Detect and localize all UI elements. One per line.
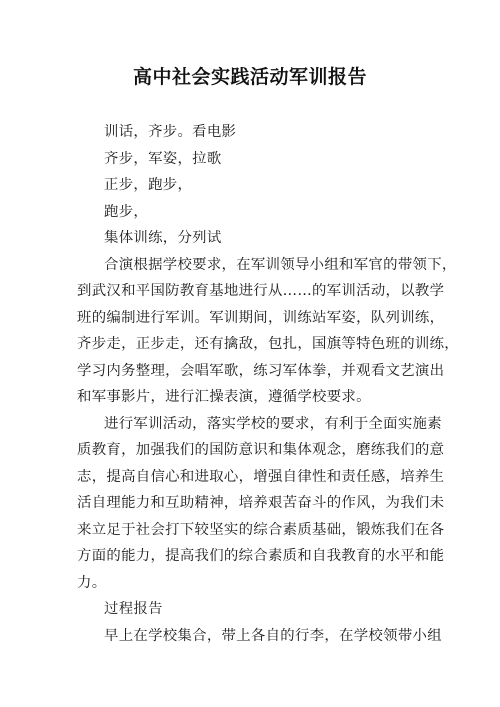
body-line: 来立足于社会打下较坚实的综合素质基础，锻炼我们在各 [77,517,427,544]
body-line: 齐步走，正步走，还有擒敌，包扎，国旗等特色班的训练， [77,331,427,358]
document-body: 训话，齐步。看电影 齐步，军姿，拉歌 正步，跑步， 跑步， 集体训练，分列试 合… [77,119,427,649]
body-line: 力。 [77,570,427,597]
body-line: 到武汉和平国防教育基地进行从……的军训活动，以教学 [77,278,427,305]
body-line: 活自理能力和互助精神，培养艰苦奋斗的作风，为我们未 [77,490,427,517]
section-heading: 过程报告 [77,596,427,623]
body-line: 方面的能力，提高我们的综合素质和自我教育的水平和能 [77,543,427,570]
body-line: 进行军训活动，落实学校的要求，有利于全面实施素 [77,411,427,438]
document-title: 高中社会实践活动军训报告 [0,62,500,89]
body-line: 志，提高自信心和进取心，增强自律性和责任感，培养生 [77,464,427,491]
body-line: 合演根据学校要求，在军训领导小组和军官的带领下， [77,252,427,279]
body-line: 和军事影片，进行汇操表演，遵循学校要求。 [77,384,427,411]
body-line: 跑步， [77,199,427,226]
document-page: 高中社会实践活动军训报告 训话，齐步。看电影 齐步，军姿，拉歌 正步，跑步， 跑… [0,0,500,707]
body-line: 齐步，军姿，拉歌 [77,146,427,173]
body-line: 早上在学校集合，带上各自的行李，在学校领带小组 [77,623,427,650]
body-line: 训话，齐步。看电影 [77,119,427,146]
body-line: 学习内务整理，会唱军歌，练习军体拳，并观看文艺演出 [77,358,427,385]
body-line: 集体训练，分列试 [77,225,427,252]
body-line: 班的编制进行军训。军训期间，训练站军姿，队列训练， [77,305,427,332]
body-line: 正步，跑步， [77,172,427,199]
body-line: 质教育，加强我们的国防意识和集体观念，磨练我们的意 [77,437,427,464]
